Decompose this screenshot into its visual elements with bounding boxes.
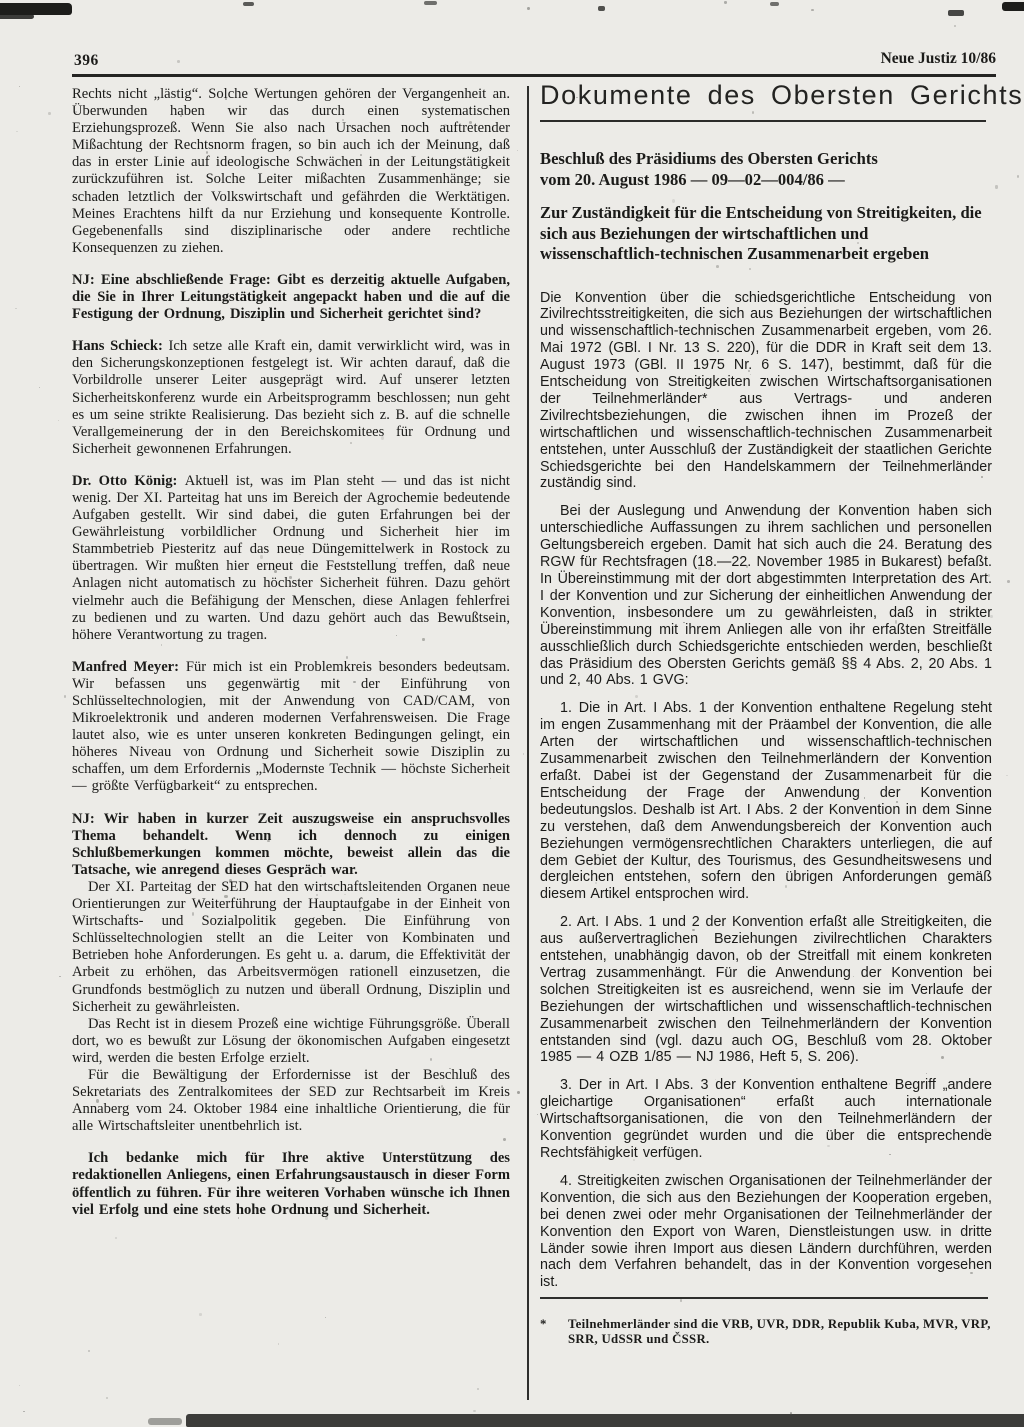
scan-artifact	[1002, 2, 1024, 11]
paragraph: Manfred Meyer: Für mich ist ein Problemk…	[72, 659, 510, 796]
scan-artifact	[186, 1414, 1024, 1427]
noise-dot	[199, 1313, 202, 1315]
paragraph: Die Konvention über die schiedsgerichtli…	[540, 290, 992, 493]
decision-heading: Beschluß des Präsidiums des Obersten Ger…	[540, 149, 992, 190]
noise-dot	[1006, 775, 1007, 776]
scan-artifact	[424, 1, 437, 5]
noise-dot	[523, 753, 524, 755]
noise-dot	[59, 976, 61, 978]
paragraph: Rechts nicht „lästig“. Solche Wertungen …	[72, 86, 510, 257]
noise-dot	[19, 86, 20, 87]
noise-dot	[724, 1, 727, 4]
paragraph: NJ: Eine abschließende Frage: Gibt es de…	[72, 272, 510, 323]
noise-dot	[106, 1397, 108, 1399]
noise-dot	[278, 1343, 279, 1345]
noise-dot	[115, 1237, 116, 1239]
paragraph: Das Recht ist in diesem Prozeß eine wich…	[72, 1016, 510, 1067]
noise-dot	[88, 1350, 91, 1353]
scanned-journal-page: { "colors": { "paper": "#ecebe7", "ink":…	[0, 0, 1024, 1427]
decision-heading-line1: Beschluß des Präsidiums des Obersten Ger…	[540, 149, 992, 170]
footnote-rule	[540, 1297, 988, 1299]
paragraph: Ich bedanke mich für Ihre aktive Unterst…	[72, 1150, 510, 1218]
paragraph: 2. Art. I Abs. 1 und 2 der Konvention er…	[540, 914, 992, 1066]
paragraph: Bei der Auslegung und Anwendung der Konv…	[540, 503, 992, 689]
scan-artifact	[243, 2, 254, 6]
noise-dot	[64, 695, 66, 698]
noise-dot	[527, 7, 530, 10]
noise-dot	[995, 185, 997, 188]
speaker-name: Manfred Meyer:	[72, 659, 186, 675]
scan-artifact	[148, 1418, 182, 1425]
section-title: Dokumente des Obersten Gerichts	[540, 80, 992, 111]
paragraph: 1. Die in Art. I Abs. 1 der Konvention e…	[540, 700, 992, 903]
noise-dot	[19, 1385, 20, 1386]
noise-dot	[16, 131, 18, 132]
footnote-text: Teilnehmerländer sind die VRB, UVR, DDR,…	[568, 1317, 992, 1348]
left-column-interview: Rechts nicht „lästig“. Solche Wertungen …	[72, 86, 510, 1219]
noise-dot	[517, 1091, 520, 1094]
noise-dot	[23, 1411, 25, 1412]
paragraph: 3. Der in Art. I Abs. 3 der Konvention e…	[540, 1077, 992, 1162]
noise-dot	[177, 60, 180, 63]
noise-dot	[1017, 175, 1019, 178]
scan-artifact	[948, 10, 964, 16]
noise-dot	[58, 420, 59, 421]
scan-artifact	[598, 6, 605, 11]
footnote-marker: *	[540, 1317, 568, 1348]
scan-artifact	[0, 14, 34, 19]
right-paragraphs: Die Konvention über die schiedsgerichtli…	[540, 290, 992, 1292]
decision-heading-line2: vom 20. August 1986 — 09—02—004/86 —	[540, 170, 992, 191]
paragraph: NJ: Wir haben in kurzer Zeit auszugsweis…	[72, 811, 510, 879]
noise-dot	[477, 1388, 479, 1391]
noise-dot	[517, 150, 519, 151]
paragraph: Dr. Otto König: Aktuell ist, was im Plan…	[72, 473, 510, 644]
paragraph: 4. Streitigkeiten zwischen Organisatione…	[540, 1173, 992, 1291]
paragraph: Hans Schieck: Ich setze alle Kraft ein, …	[72, 338, 510, 458]
left-paragraphs: Rechts nicht „lästig“. Solche Wertungen …	[72, 86, 510, 1219]
footnote: * Teilnehmerländer sind die VRB, UVR, DD…	[540, 1317, 992, 1348]
header-rule	[72, 74, 996, 77]
column-divider	[527, 86, 529, 1400]
scan-artifact	[770, 2, 779, 6]
speaker-name: Hans Schieck:	[72, 338, 169, 354]
page-number: 396	[74, 52, 99, 70]
noise-dot	[473, 1410, 475, 1412]
noise-dot	[39, 387, 40, 388]
paragraph: Für die Bewältigung der Erfordernisse is…	[72, 1067, 510, 1135]
right-column-court-documents: Dokumente des Obersten Gerichts Beschluß…	[540, 80, 992, 1291]
noise-dot	[790, 1412, 792, 1414]
section-title-rule	[540, 120, 986, 122]
speaker-name: Dr. Otto König:	[72, 473, 185, 489]
subject-heading: Zur Zuständigkeit für die Entscheidung v…	[540, 203, 992, 265]
noise-dot	[325, 1317, 326, 1318]
noise-dot	[954, 25, 956, 27]
paragraph: Der XI. Parteitag der SED hat den wirtsc…	[72, 879, 510, 1016]
noise-dot	[537, 1114, 538, 1115]
noise-dot	[48, 112, 51, 115]
footnote-block: * Teilnehmerländer sind die VRB, UVR, DD…	[540, 1297, 992, 1348]
noise-dot	[15, 308, 17, 309]
noise-dot	[811, 9, 813, 11]
noise-dot	[1007, 580, 1010, 583]
journal-reference: Neue Justiz 10/86	[881, 50, 996, 68]
